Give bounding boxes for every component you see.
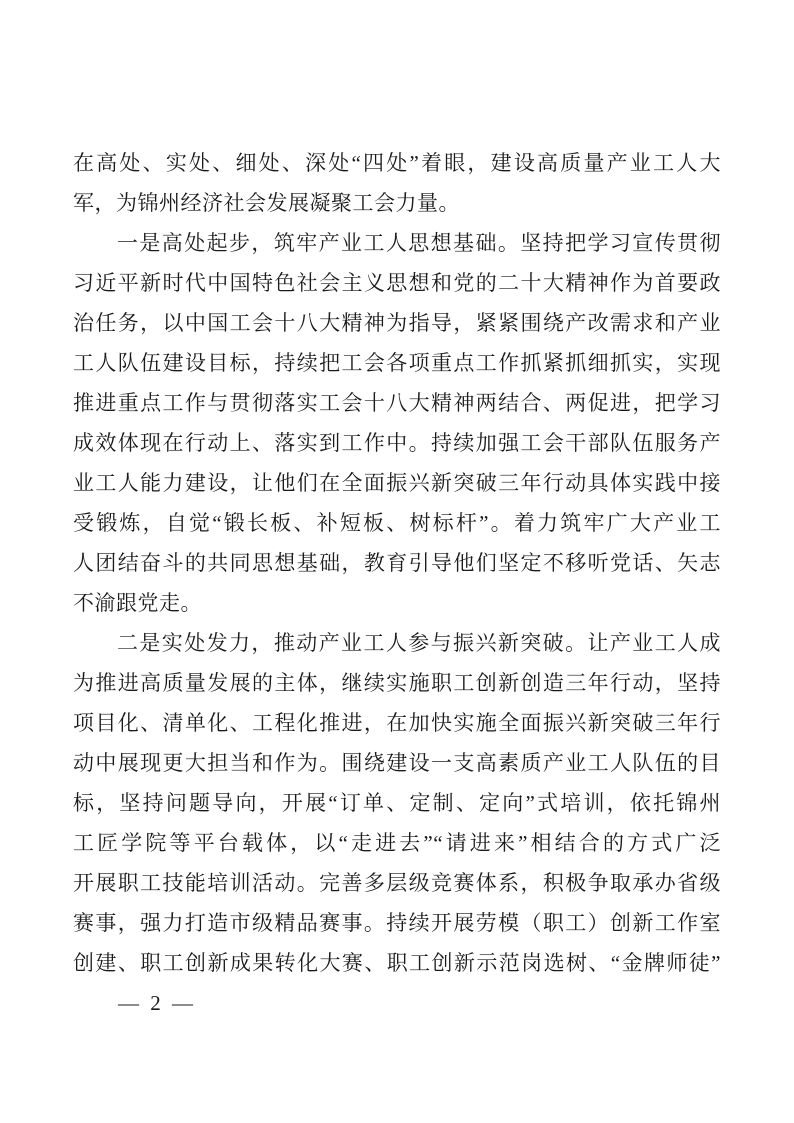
text-line: 治任务，以中国工会十八大精神为指导，紧紧围绕产改需求和产业 [73, 303, 721, 343]
text-line: 人团结奋斗的共同思想基础，教育引导他们坚定不移听党话、矢志 [73, 543, 721, 583]
text-line: 推进重点工作与贯彻落实工会十八大精神两结合、两促进，把学习 [73, 383, 721, 423]
text-line: 一是高处起步，筑牢产业工人思想基础。坚持把学习宣传贯彻 [73, 223, 721, 263]
document-body: 在高处、实处、细处、深处“四处”着眼，建设高质量产业工人大 军，为锦州经济社会发… [73, 143, 721, 983]
text-line: 为推进高质量发展的主体，继续实施职工创新创造三年行动，坚持 [73, 663, 721, 703]
text-line: 二是实处发力，推动产业工人参与振兴新突破。让产业工人成 [73, 623, 721, 663]
text-line: 成效体现在行动上、落实到工作中。持续加强工会干部队伍服务产 [73, 423, 721, 463]
text-line: 标，坚持问题导向，开展“订单、定制、定向”式培训，依托锦州 [73, 783, 721, 823]
document-page: 在高处、实处、细处、深处“四处”着眼，建设高质量产业工人大 军，为锦州经济社会发… [0, 0, 794, 1123]
text-line: 赛事，强力打造市级精品赛事。持续开展劳模（职工）创新工作室 [73, 903, 721, 943]
text-line: 工人队伍建设目标，持续把工会各项重点工作抓紧抓细抓实，实现 [73, 343, 721, 383]
text-line: 工匠学院等平台载体，以“走进去”“请进来”相结合的方式广泛 [73, 823, 721, 863]
paragraph-second-point: 二是实处发力，推动产业工人参与振兴新突破。让产业工人成 为推进高质量发展的主体，… [73, 623, 721, 983]
text-line: 受锻炼，自觉“锻长板、补短板、树标杆”。着力筑牢广大产业工 [73, 503, 721, 543]
text-line: 军，为锦州经济社会发展凝聚工会力量。 [73, 183, 721, 223]
text-line: 创建、职工创新成果转化大赛、职工创新示范岗选树、“金牌师徒” [73, 943, 721, 983]
text-line: 在高处、实处、细处、深处“四处”着眼，建设高质量产业工人大 [73, 143, 721, 183]
text-line: 开展职工技能培训活动。完善多层级竞赛体系，积极争取承办省级 [73, 863, 721, 903]
text-line: 不渝跟党走。 [73, 583, 721, 623]
text-line: 动中展现更大担当和作为。围绕建设一支高素质产业工人队伍的目 [73, 743, 721, 783]
text-line: 项目化、清单化、工程化推进，在加快实施全面振兴新突破三年行 [73, 703, 721, 743]
page-number: — 2 — [118, 986, 196, 1020]
paragraph-first-point: 一是高处起步，筑牢产业工人思想基础。坚持把学习宣传贯彻 习近平新时代中国特色社会… [73, 223, 721, 623]
text-line: 业工人能力建设，让他们在全面振兴新突破三年行动具体实践中接 [73, 463, 721, 503]
text-line: 习近平新时代中国特色社会主义思想和党的二十大精神作为首要政 [73, 263, 721, 303]
paragraph-continuation: 在高处、实处、细处、深处“四处”着眼，建设高质量产业工人大 军，为锦州经济社会发… [73, 143, 721, 223]
